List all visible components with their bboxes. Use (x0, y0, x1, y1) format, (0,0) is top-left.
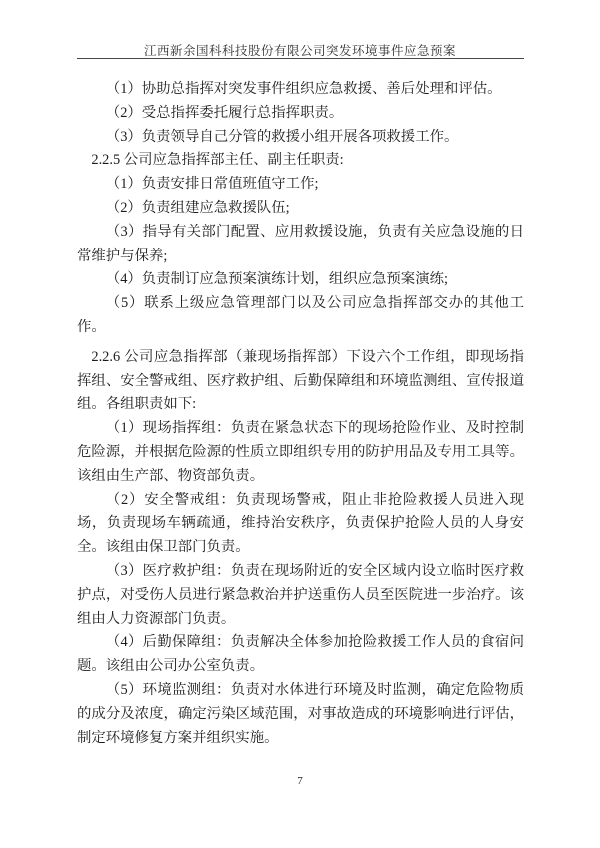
paragraph: （1）现场指挥组：负责在紧急状态下的现场抢险作业、及时控制危险源，并根据危险源的… (77, 417, 524, 488)
paragraph: （2）受总指挥委托履行总指挥职责。 (77, 102, 524, 126)
header-rule (77, 58, 524, 59)
paragraph: （3）医疗救护组：负责在现场附近的安全区域内设立临时医疗救护点，对受伤人员进行紧… (77, 560, 524, 631)
paragraph: （3）指导有关部门配置、应用救援设施，负责有关应急设施的日常维护与保养; (77, 221, 524, 269)
paragraph: （2）安全警戒组：负责现场警戒，阻止非抢险救援人员进入现场，负责现场车辆疏通，维… (77, 489, 524, 560)
paragraph: （4）后勤保障组：负责解决全体参加抢险救援工作人员的食宿问题。该组由公司办公室负… (77, 631, 524, 679)
paragraph: （3）负责领导自己分管的救援小组开展各项救援工作。 (77, 126, 524, 150)
document-page: 江西新余国科科技股份有限公司突发环境事件应急预案 （1）协助总指挥对突发事件组织… (0, 0, 600, 848)
paragraph: （2）负责组建应急救援队伍; (77, 197, 524, 221)
paragraph: （4）负责制订应急预案演练计划，组织应急预案演练; (77, 268, 524, 292)
section-heading-2-2-5: 2.2.5 公司应急指挥部主任、副主任职责: (77, 149, 524, 173)
paragraph: （1）负责安排日常值班值守工作; (77, 173, 524, 197)
section-heading-2-2-6: 2.2.6 公司应急指挥部（兼现场指挥部）下设六个工作组，即现场指挥组、安全警戒… (77, 346, 524, 417)
paragraph: （5）环境监测组：负责对水体进行环境及时监测，确定危险物质的成分及浓度，确定污染… (77, 679, 524, 750)
paragraph: （1）协助总指挥对突发事件组织应急救援、善后处理和评估。 (77, 78, 524, 102)
page-header-title: 江西新余国科科技股份有限公司突发环境事件应急预案 (0, 41, 600, 59)
document-body: （1）协助总指挥对突发事件组织应急救援、善后处理和评估。 （2）受总指挥委托履行… (77, 78, 524, 750)
page-number: 7 (0, 775, 600, 787)
paragraph: （5）联系上级应急管理部门以及公司应急指挥部交办的其他工作。 (77, 292, 524, 340)
